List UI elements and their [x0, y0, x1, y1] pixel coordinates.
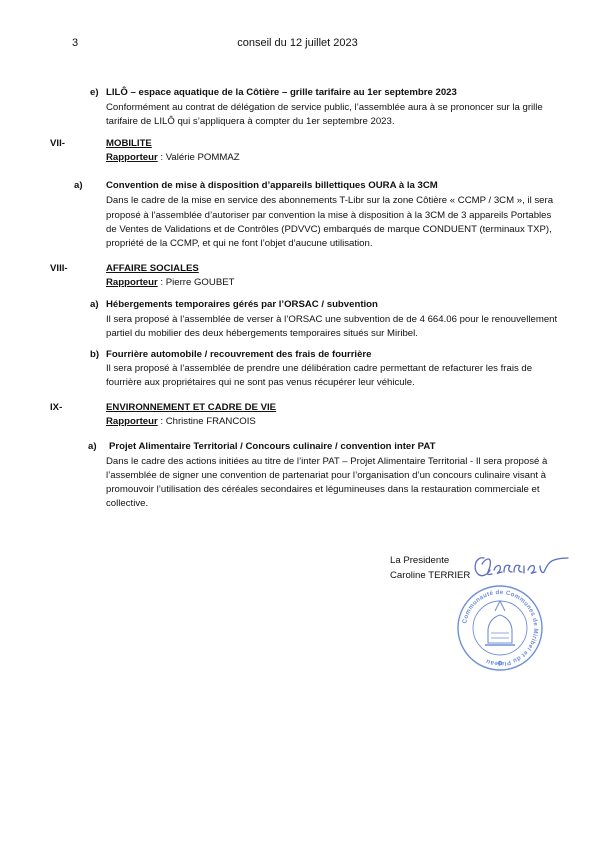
item-text-line: propriété de la CCMP, et qui ne font l’o… — [106, 237, 372, 251]
rapporteur-line: Rapporteur : Pierre GOUBET — [106, 276, 234, 290]
rapporteur-name: Valérie POMMAZ — [166, 152, 240, 163]
rapporteur-label: Rapporteur — [106, 277, 158, 288]
item-label: a) — [88, 440, 97, 454]
item-text-line: Dans le cadre des actions initiées au ti… — [106, 455, 547, 469]
rapporteur-line: Rapporteur : Christine FRANCOIS — [106, 415, 256, 429]
item-text-line: tarifaire de LILÔ qui s’appliquera à com… — [106, 115, 395, 129]
item-text-line: collective. — [106, 497, 148, 511]
page-header-title: conseil du 12 juillet 2023 — [0, 36, 595, 50]
section-number: VIII- — [50, 262, 68, 276]
item-text-line: de Ventes de Validations et de Contrôles… — [106, 223, 552, 237]
item-label: a) — [74, 179, 83, 193]
section-number: VII- — [50, 137, 65, 151]
rapporteur-separator: : — [158, 416, 166, 427]
rapporteur-label: Rapporteur — [106, 152, 158, 163]
item-text-line: Il sera proposé à l’assemblée de prendre… — [106, 362, 532, 376]
item-text-line: Il sera proposé à l’assemblée de verser … — [106, 313, 557, 327]
item-text-line: fourrière aux propriétaires qui ne sont … — [106, 376, 415, 390]
item-label: e) — [90, 86, 99, 100]
item-label: b) — [90, 348, 99, 362]
official-stamp: Communauté de Communes de Miribel et du … — [455, 583, 545, 673]
item-title: Convention de mise à disposition d’appar… — [106, 179, 438, 193]
item-title: Fourrière automobile / recouvrement des … — [106, 348, 372, 362]
item-title: Hébergements temporaires gérés par l’ORS… — [106, 298, 378, 312]
rapporteur-name: Pierre GOUBET — [166, 277, 235, 288]
section-title: MOBILITE — [106, 137, 152, 151]
item-text-line: partiel du mobilier des deux hébergement… — [106, 327, 418, 341]
signature-block: La Presidente Caroline TERRIER — [390, 553, 470, 583]
signatory-name: Caroline TERRIER — [390, 568, 470, 583]
rapporteur-separator: : — [158, 152, 166, 163]
rapporteur-label: Rapporteur — [106, 416, 158, 427]
section-title: AFFAIRE SOCIALES — [106, 262, 199, 276]
item-text-line: l’assemblée de signer une convention de … — [106, 469, 546, 483]
item-label: a) — [90, 298, 99, 312]
item-title: Projet Alimentaire Territorial / Concour… — [109, 440, 435, 454]
section-title: ENVIRONNEMENT ET CADRE DE VIE — [106, 401, 276, 415]
rapporteur-name: Christine FRANCOIS — [166, 416, 256, 427]
rapporteur-line: Rapporteur : Valérie POMMAZ — [106, 151, 240, 165]
item-text-line: proposé à l’assemblée d’autoriser par co… — [106, 209, 551, 223]
signatory-role: La Presidente — [390, 553, 470, 568]
handwritten-signature — [470, 548, 570, 588]
item-title: LILÔ – espace aquatique de la Côtière – … — [106, 86, 457, 100]
section-number: IX- — [50, 401, 62, 415]
item-text-line: Dans le cadre de la mise en service des … — [106, 194, 553, 208]
item-text-line: Conformément au contrat de délégation de… — [106, 101, 543, 115]
item-text-line: promouvoir l’utilisation des céréales se… — [106, 483, 540, 497]
rapporteur-separator: : — [158, 277, 166, 288]
